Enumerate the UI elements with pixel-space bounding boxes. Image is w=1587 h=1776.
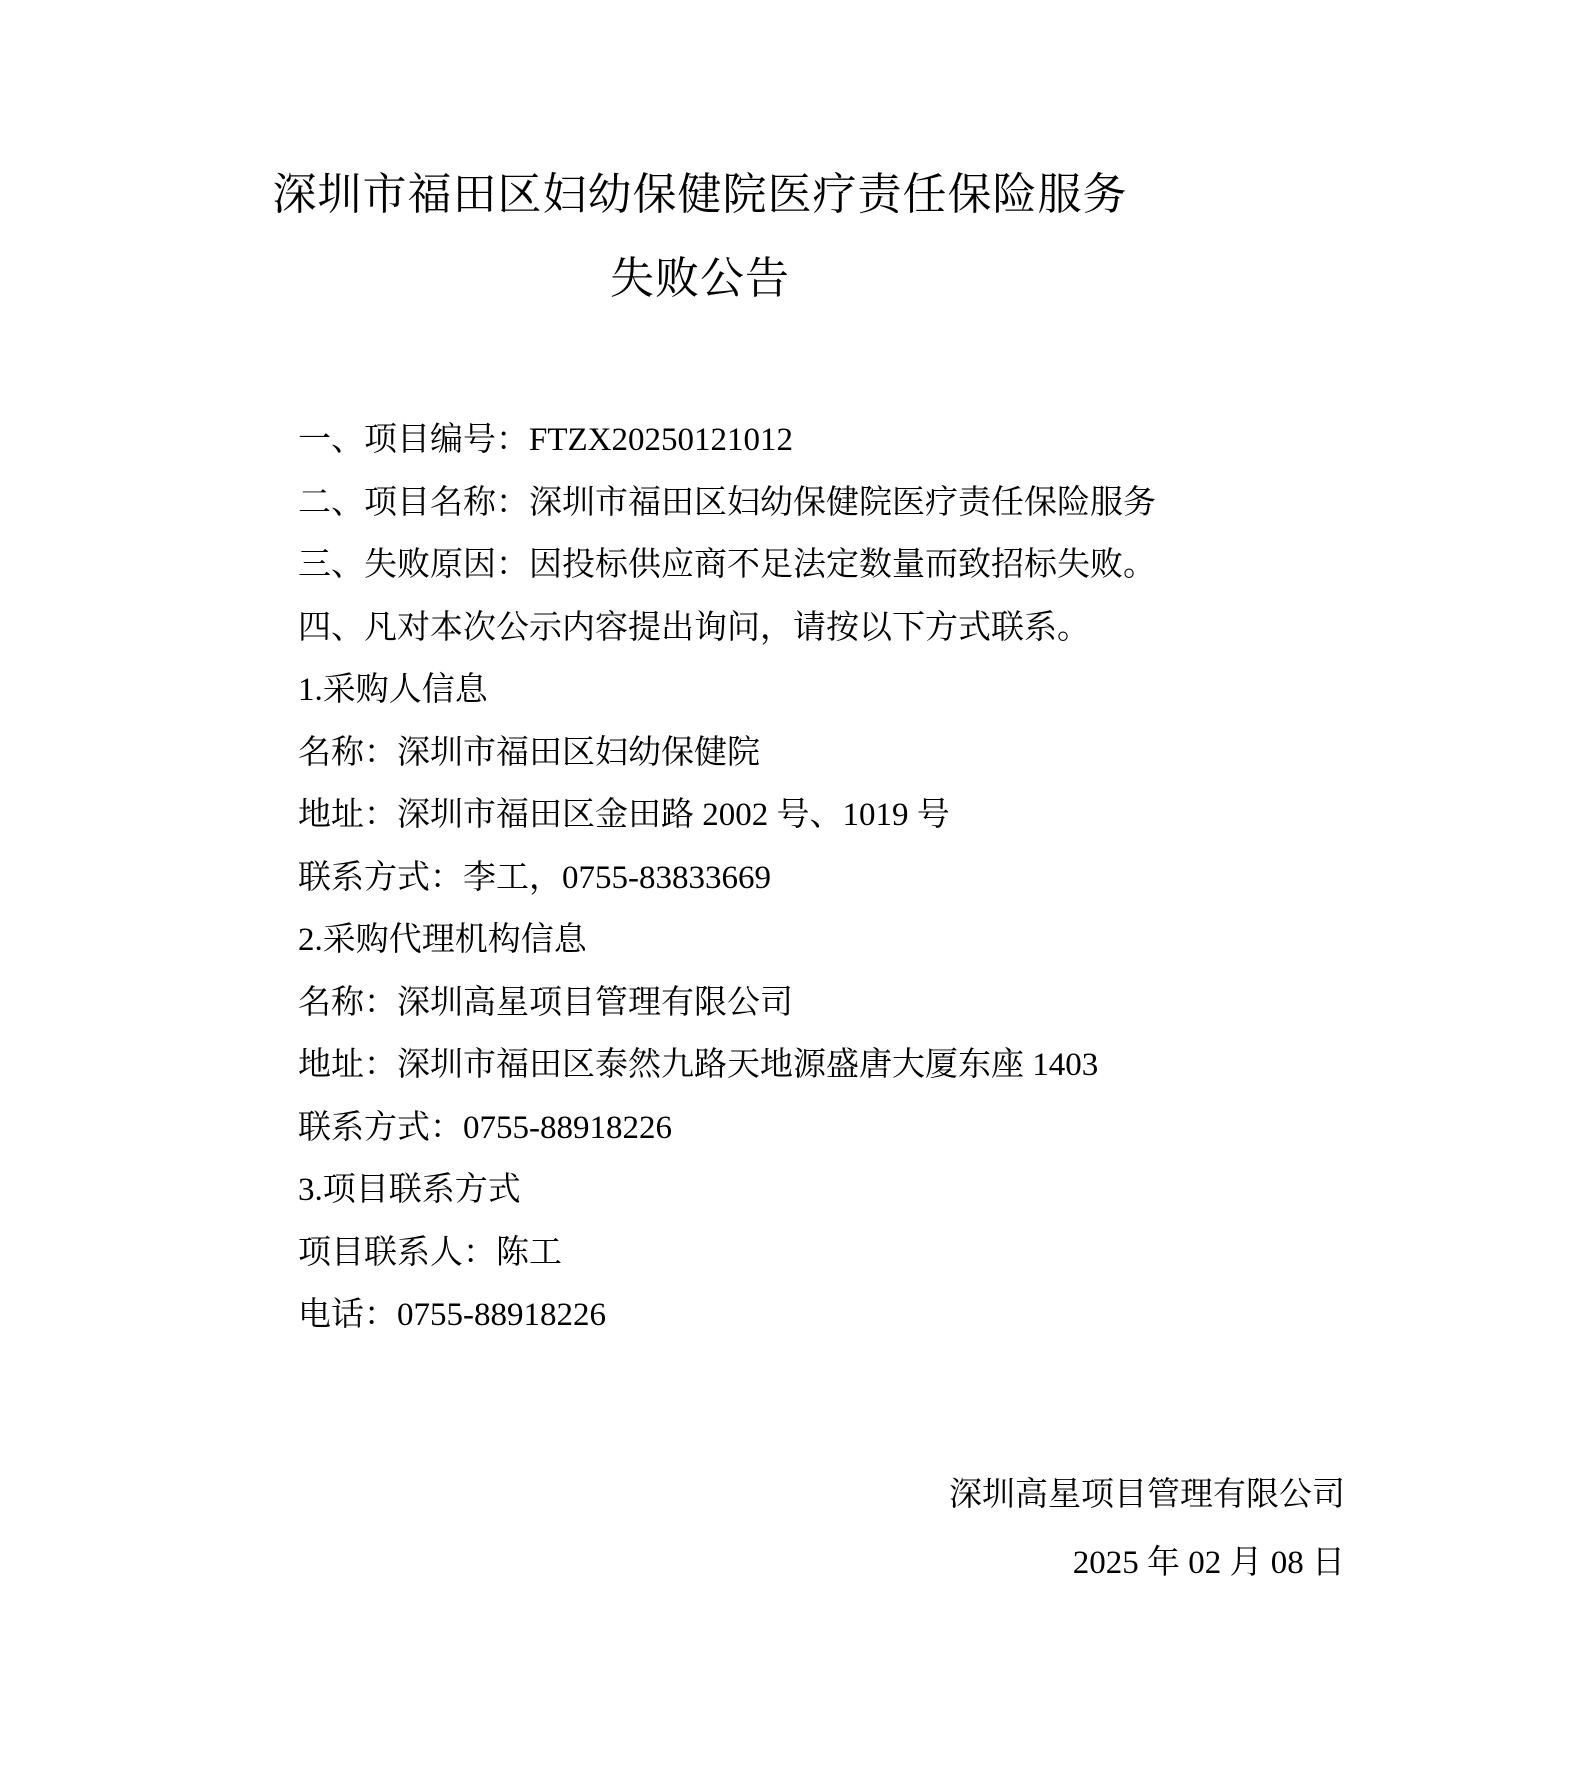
body-line-inquiry-note: 四、凡对本次公示内容提出询问，请按以下方式联系。 xyxy=(298,597,1418,660)
document-page: 深圳市福田区妇幼保健院医疗责任保险服务 失败公告 一、项目编号：FTZX2025… xyxy=(0,0,1587,1776)
body-line-agency-contact: 联系方式：0755-88918226 xyxy=(298,1097,1418,1160)
body-line-project-number: 一、项目编号：FTZX20250121012 xyxy=(298,409,1418,472)
signature-block: 深圳高星项目管理有限公司 2025 年 02 月 08 日 xyxy=(949,1461,1345,1597)
title-line-2: 失败公告 xyxy=(0,237,1400,321)
document-body: 一、项目编号：FTZX20250121012 二、项目名称：深圳市福田区妇幼保健… xyxy=(298,409,1418,1347)
signature-company: 深圳高星项目管理有限公司 xyxy=(949,1461,1345,1529)
body-line-project-contact-phone: 电话：0755-88918226 xyxy=(298,1284,1418,1347)
body-line-project-contact-person: 项目联系人：陈工 xyxy=(298,1222,1418,1285)
body-line-purchaser-name: 名称：深圳市福田区妇幼保健院 xyxy=(298,722,1418,785)
body-line-project-name: 二、项目名称：深圳市福田区妇幼保健院医疗责任保险服务 xyxy=(298,472,1418,535)
body-line-failure-reason: 三、失败原因：因投标供应商不足法定数量而致招标失败。 xyxy=(298,534,1418,597)
body-line-agency-address: 地址：深圳市福田区泰然九路天地源盛唐大厦东座 1403 xyxy=(298,1034,1418,1097)
body-line-purchaser-heading: 1.采购人信息 xyxy=(298,659,1418,722)
body-line-agency-name: 名称：深圳高星项目管理有限公司 xyxy=(298,972,1418,1035)
body-line-purchaser-contact: 联系方式：李工，0755-83833669 xyxy=(298,847,1418,910)
body-line-purchaser-address: 地址：深圳市福田区金田路 2002 号、1019 号 xyxy=(298,784,1418,847)
signature-date: 2025 年 02 月 08 日 xyxy=(949,1529,1345,1597)
document-title: 深圳市福田区妇幼保健院医疗责任保险服务 失败公告 xyxy=(0,153,1400,321)
body-line-agency-heading: 2.采购代理机构信息 xyxy=(298,909,1418,972)
title-line-1: 深圳市福田区妇幼保健院医疗责任保险服务 xyxy=(0,153,1400,237)
body-line-project-contact-heading: 3.项目联系方式 xyxy=(298,1159,1418,1222)
